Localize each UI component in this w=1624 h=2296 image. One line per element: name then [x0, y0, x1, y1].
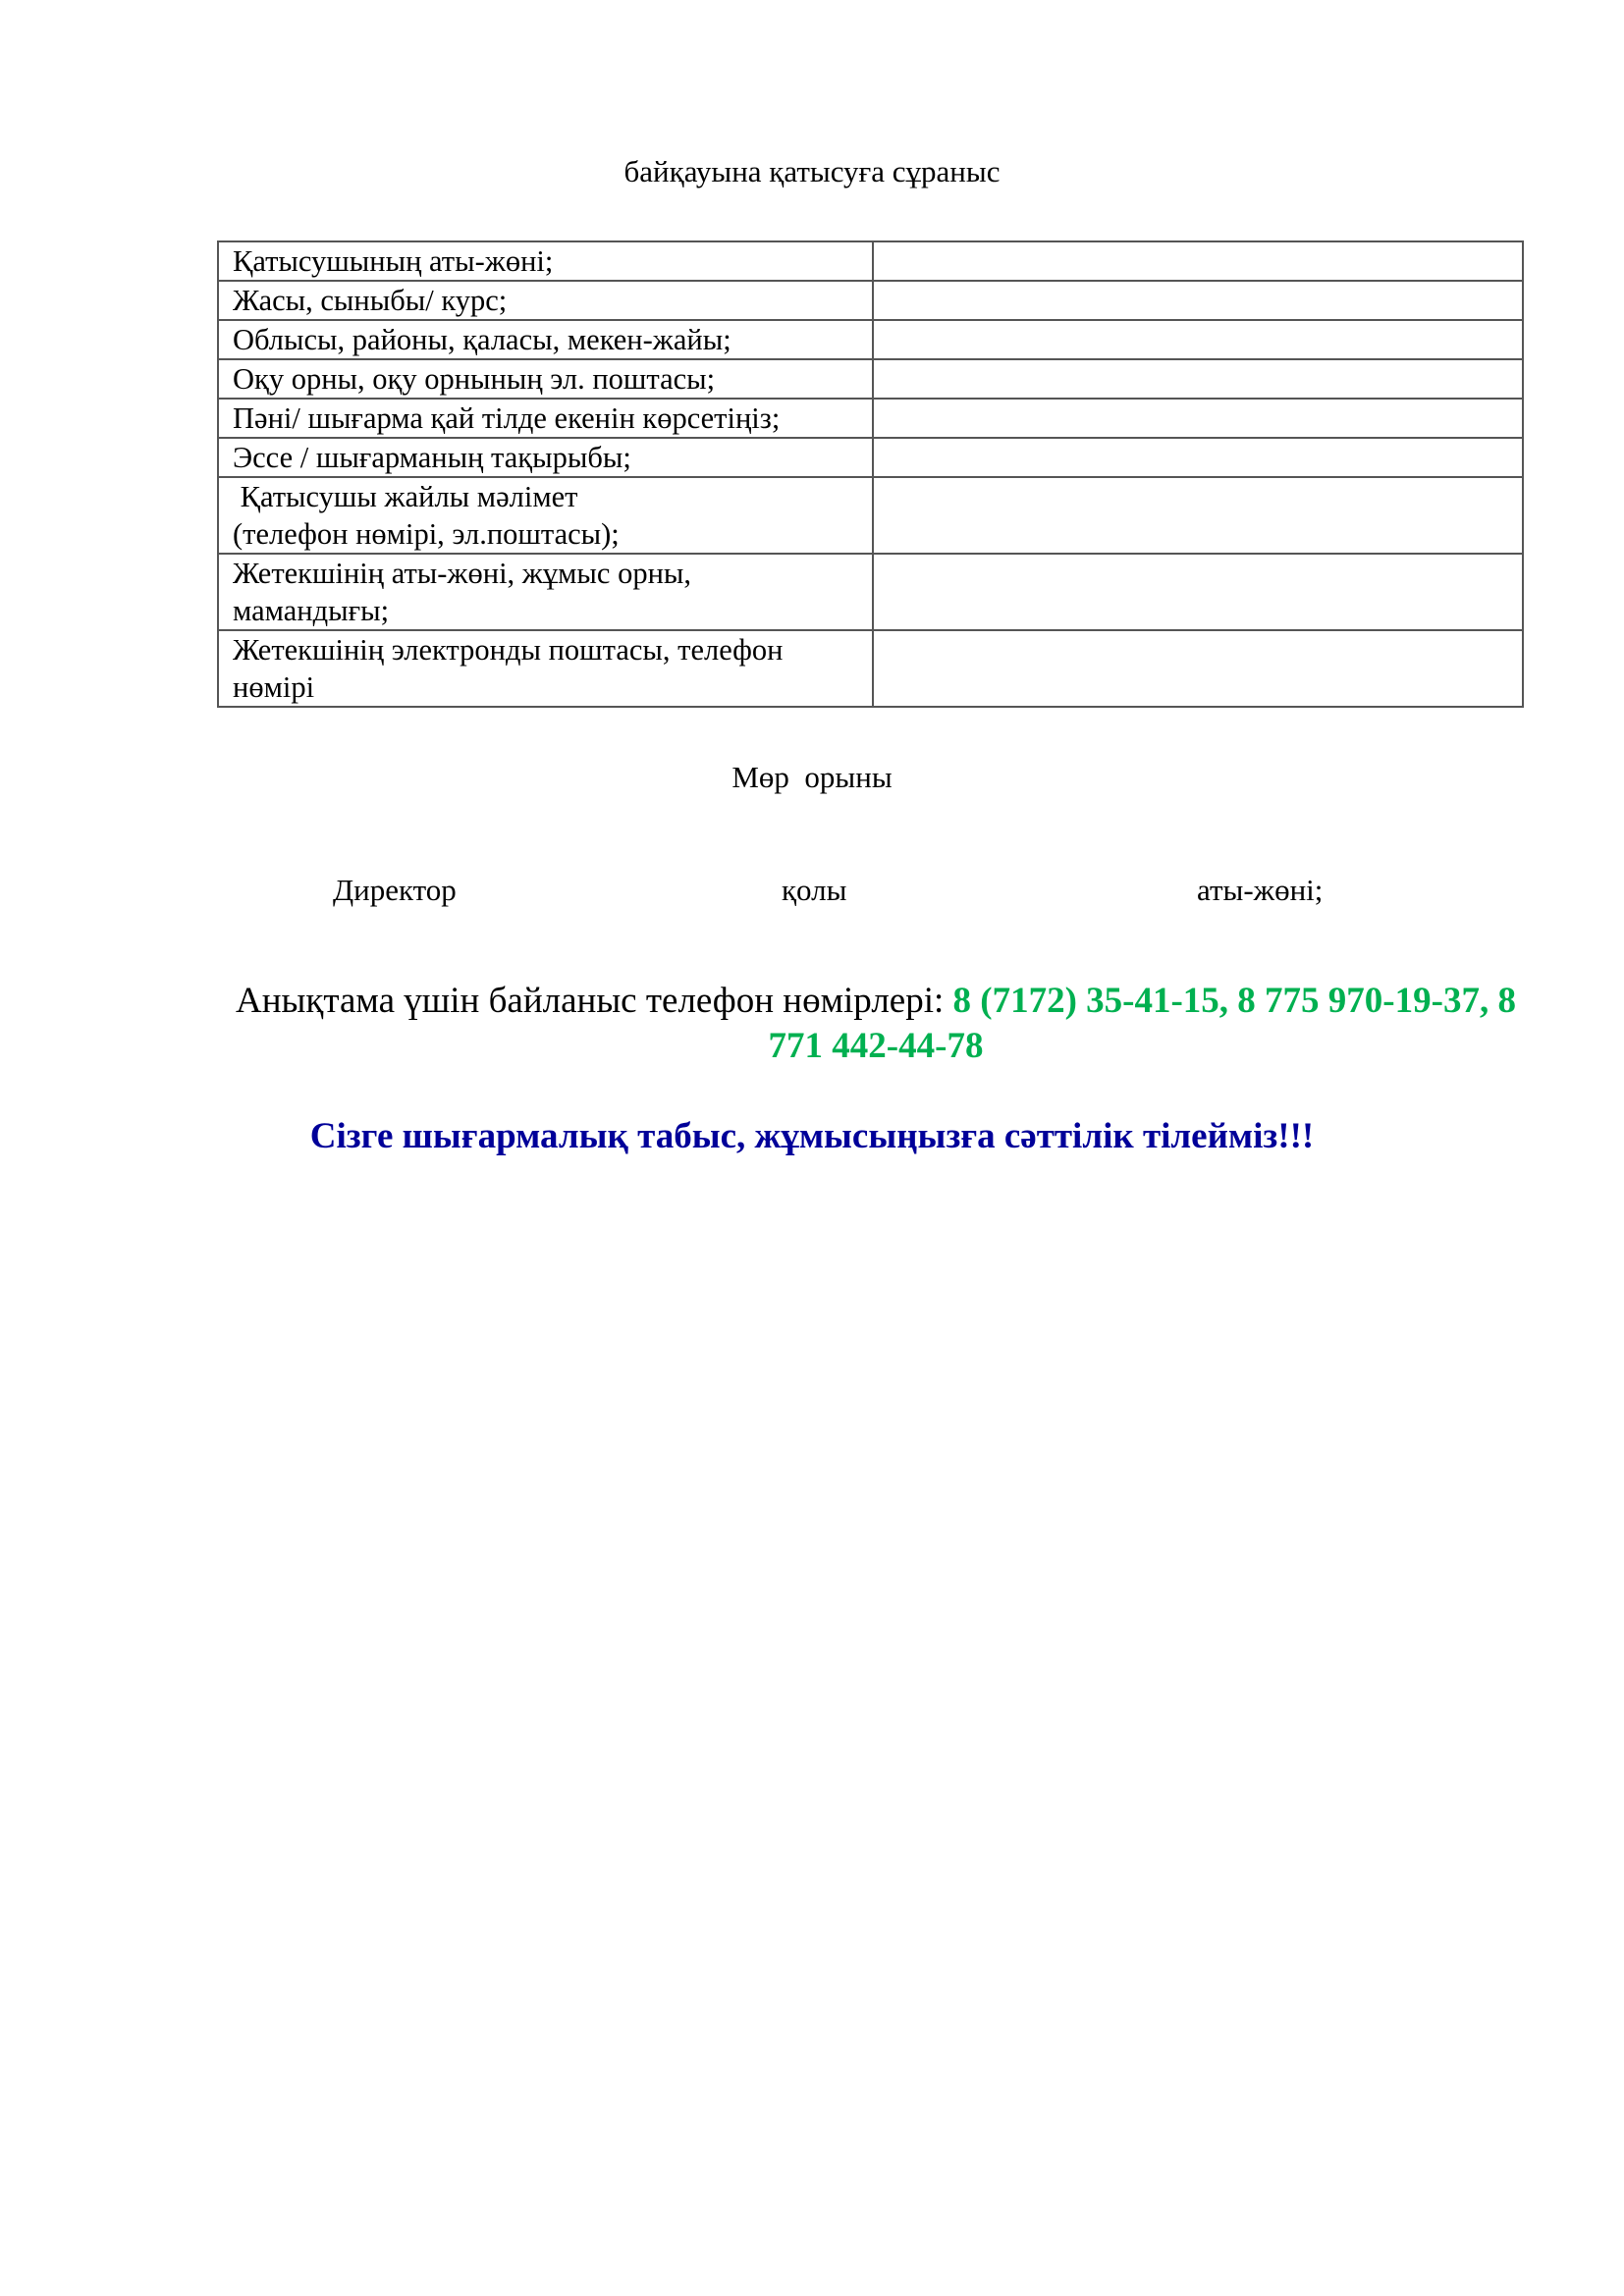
- field-label-language: Пәні/ шығарма қай тілде екенін көрсетіңі…: [218, 399, 873, 438]
- field-label-participant-contact: Қатысушы жайлы мәлімет(телефон нөмірі, э…: [218, 477, 873, 554]
- label-line: мамандығы;: [233, 594, 389, 627]
- closing-wish: Сізге шығармалық табыс, жұмысыңызға сәтт…: [0, 1114, 1624, 1159]
- field-label-address: Облысы, районы, қаласы, мекен-жайы;: [218, 320, 873, 359]
- signature-label: қолы: [782, 872, 846, 909]
- contact-info: Анықтама үшін байланыс телефон нөмірлері…: [228, 979, 1524, 1069]
- table-row: Жетекшінің электронды поштасы, телефоннө…: [218, 630, 1523, 707]
- field-value-supervisor[interactable]: [873, 554, 1523, 630]
- field-value-school[interactable]: [873, 359, 1523, 399]
- director-label: Директор: [333, 872, 457, 909]
- table-row: Пәні/ шығарма қай тілде екенін көрсетіңі…: [218, 399, 1523, 438]
- field-value-participant-contact[interactable]: [873, 477, 1523, 554]
- table-row: Жетекшінің аты-жөні, жұмыс орны,мамандығ…: [218, 554, 1523, 630]
- label-line: Жетекшінің электронды поштасы, телефон: [233, 633, 783, 667]
- label-line: Қатысушы жайлы мәлімет: [233, 480, 578, 513]
- field-label-age-grade: Жасы, сыныбы/ курс;: [218, 281, 873, 320]
- field-label-school: Оқу орны, оқу орнының эл. поштасы;: [218, 359, 873, 399]
- field-value-essay-topic[interactable]: [873, 438, 1523, 477]
- field-value-supervisor-contact[interactable]: [873, 630, 1523, 707]
- full-name-label: аты-жөні;: [1197, 872, 1323, 909]
- label-line: Жетекшінің аты-жөні, жұмыс орны,: [233, 557, 691, 590]
- table-row: Оқу орны, оқу орнының эл. поштасы;: [218, 359, 1523, 399]
- stamp-place-label: Мөр орыны: [0, 759, 1624, 796]
- field-value-age-grade[interactable]: [873, 281, 1523, 320]
- table-row: Облысы, районы, қаласы, мекен-жайы;: [218, 320, 1523, 359]
- table-row: Эссе / шығарманың тақырыбы;: [218, 438, 1523, 477]
- field-value-address[interactable]: [873, 320, 1523, 359]
- field-label-supervisor: Жетекшінің аты-жөні, жұмыс орны,мамандығ…: [218, 554, 873, 630]
- table-row: Жасы, сыныбы/ курс;: [218, 281, 1523, 320]
- label-line: (телефон нөмірі, эл.поштасы);: [233, 517, 620, 551]
- field-label-supervisor-contact: Жетекшінің электронды поштасы, телефоннө…: [218, 630, 873, 707]
- table-row: Қатысушы жайлы мәлімет(телефон нөмірі, э…: [218, 477, 1523, 554]
- field-value-participant-name[interactable]: [873, 241, 1523, 281]
- contact-prefix: Анықтама үшін байланыс телефон нөмірлері…: [236, 981, 952, 1021]
- label-line: нөмірі: [233, 670, 314, 704]
- field-label-participant-name: Қатысушының аты-жөні;: [218, 241, 873, 281]
- table-row: Қатысушының аты-жөні;: [218, 241, 1523, 281]
- document-heading: байқауына қатысуға сұраныс: [0, 153, 1624, 190]
- field-label-essay-topic: Эссе / шығарманың тақырыбы;: [218, 438, 873, 477]
- application-form-table: Қатысушының аты-жөні; Жасы, сыныбы/ курс…: [217, 240, 1524, 708]
- field-value-language[interactable]: [873, 399, 1523, 438]
